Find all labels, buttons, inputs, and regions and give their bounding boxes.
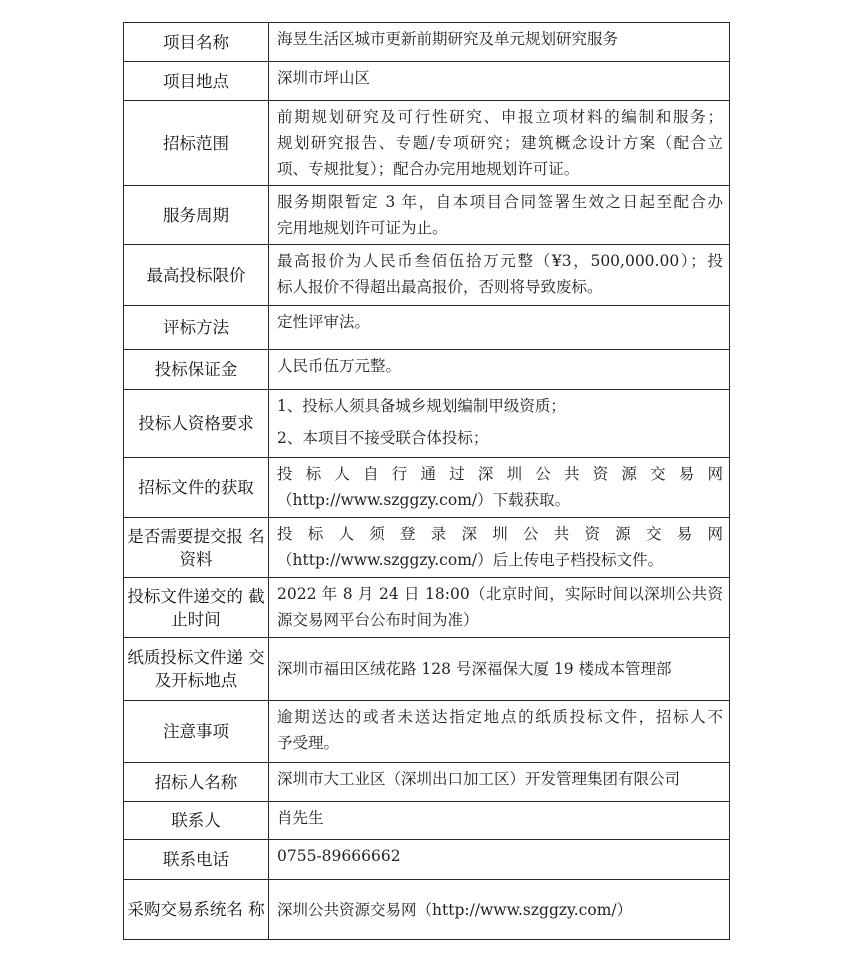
qualification-item-1: 1、投标人须具备城乡规划编制甲级资质； (277, 390, 723, 422)
value-contact-person: 肖先生 (269, 802, 730, 840)
label-tenderer-name: 招标人名称 (124, 763, 269, 802)
tender-info-table: 项目名称 海昱生活区城市更新前期研究及单元规划研究服务 项目地点 深圳市坪山区 … (123, 22, 730, 940)
row-contact-phone: 联系电话 0755-89666662 (124, 840, 730, 880)
label-tender-scope: 招标范围 (124, 101, 269, 186)
value-contact-phone: 0755-89666662 (269, 840, 730, 880)
value-bid-bond: 人民币伍万元整。 (269, 350, 730, 390)
system-label-line-1: 采购交易系统名 (127, 900, 243, 919)
row-evaluation-method: 评标方法 定性评审法。 (124, 306, 730, 350)
row-bidder-qualification: 投标人资格要求 1、投标人须具备城乡规划编制甲级资质； 2、本项目不接受联合体投… (124, 390, 730, 458)
value-project-name: 海昱生活区城市更新前期研究及单元规划研究服务 (269, 23, 730, 62)
row-project-location: 项目地点 深圳市坪山区 (124, 62, 730, 101)
period-line-1: 服务期限暂定 3 年，自本项目合同签署生效之日起至配合办 (277, 189, 723, 215)
label-contact-phone: 联系电话 (124, 840, 269, 880)
row-paper-submission-location: 纸质投标文件递 交及开标地点 深圳市福田区绒花路 128 号深福保大厦 19 楼… (124, 638, 730, 701)
scope-line-3: 项、专规批复）；配合办完用地规划许可证。 (277, 156, 723, 182)
registration-label-line-1: 是否需要提交报 (127, 527, 243, 546)
deadline-line-1: 2022 年 8 月 24 日 18:00（北京时间，实际时间以深圳公共资 (277, 581, 723, 607)
scope-line-2: 规划研究报告、专题/专项研究；建筑概念设计方案（配合立 (277, 130, 723, 156)
value-notes: 逾期送达的或者未送达指定地点的纸质投标文件，招标人不 予受理。 (269, 701, 730, 763)
location-label-line-1: 纸质投标文件递 (127, 648, 243, 667)
registration-line-2: （http://www.szggzy.com/）后上传电子档投标文件。 (277, 547, 723, 573)
acquisition-line-2: （http://www.szggzy.com/）下载获取。 (277, 487, 723, 513)
label-contact-person: 联系人 (124, 802, 269, 840)
value-max-bid-price: 最高报价为人民币叁佰伍拾万元整（¥3，500,000.00）；投 标人报价不得超… (269, 245, 730, 306)
registration-line-1: 投标人须登录深圳公共资源交易网 (277, 521, 723, 547)
label-service-period: 服务周期 (124, 186, 269, 245)
label-project-location: 项目地点 (124, 62, 269, 101)
value-tender-scope: 前期规划研究及可行性研究、申报立项材料的编制和服务； 规划研究报告、专题/专项研… (269, 101, 730, 186)
label-registration-submission: 是否需要提交报 名资料 (124, 518, 269, 578)
value-submission-deadline: 2022 年 8 月 24 日 18:00（北京时间，实际时间以深圳公共资 源交… (269, 578, 730, 638)
acquisition-line-1: 投标人自行通过深圳公共资源交易网 (277, 461, 723, 487)
row-trading-system-name: 采购交易系统名 称 深圳公共资源交易网（http://www.szggzy.co… (124, 880, 730, 940)
row-registration-submission: 是否需要提交报 名资料 投标人须登录深圳公共资源交易网 （http://www.… (124, 518, 730, 578)
label-trading-system-name: 采购交易系统名 称 (124, 880, 269, 940)
deadline-line-2: 源交易网平台公布时间为准） (277, 607, 723, 633)
label-submission-deadline: 投标文件递交的 截止时间 (124, 578, 269, 638)
label-max-bid-price: 最高投标限价 (124, 245, 269, 306)
row-tender-scope: 招标范围 前期规划研究及可行性研究、申报立项材料的编制和服务； 规划研究报告、专… (124, 101, 730, 186)
value-tenderer-name: 深圳市大工业区（深圳出口加工区）开发管理集团有限公司 (269, 763, 730, 802)
label-notes: 注意事项 (124, 701, 269, 763)
period-line-2: 完用地规划许可证为止。 (277, 215, 723, 241)
row-bid-bond: 投标保证金 人民币伍万元整。 (124, 350, 730, 390)
label-document-acquisition: 招标文件的获取 (124, 458, 269, 518)
row-document-acquisition: 招标文件的获取 投标人自行通过深圳公共资源交易网 （http://www.szg… (124, 458, 730, 518)
row-contact-person: 联系人 肖先生 (124, 802, 730, 840)
value-evaluation-method: 定性评审法。 (269, 306, 730, 350)
row-tenderer-name: 招标人名称 深圳市大工业区（深圳出口加工区）开发管理集团有限公司 (124, 763, 730, 802)
value-registration-submission: 投标人须登录深圳公共资源交易网 （http://www.szggzy.com/）… (269, 518, 730, 578)
value-bidder-qualification: 1、投标人须具备城乡规划编制甲级资质； 2、本项目不接受联合体投标； (269, 390, 730, 458)
row-service-period: 服务周期 服务期限暂定 3 年，自本项目合同签署生效之日起至配合办 完用地规划许… (124, 186, 730, 245)
price-line-1: 最高报价为人民币叁佰伍拾万元整（¥3，500,000.00）；投 (277, 248, 723, 274)
value-service-period: 服务期限暂定 3 年，自本项目合同签署生效之日起至配合办 完用地规划许可证为止。 (269, 186, 730, 245)
notes-line-2: 予受理。 (277, 730, 723, 756)
row-project-name: 项目名称 海昱生活区城市更新前期研究及单元规划研究服务 (124, 23, 730, 62)
row-max-bid-price: 最高投标限价 最高报价为人民币叁佰伍拾万元整（¥3，500,000.00）；投 … (124, 245, 730, 306)
label-project-name: 项目名称 (124, 23, 269, 62)
qualification-item-2: 2、本项目不接受联合体投标； (277, 422, 723, 454)
row-notes: 注意事项 逾期送达的或者未送达指定地点的纸质投标文件，招标人不 予受理。 (124, 701, 730, 763)
price-line-2: 标人报价不得超出最高报价，否则将导致废标。 (277, 274, 723, 300)
label-paper-submission-location: 纸质投标文件递 交及开标地点 (124, 638, 269, 701)
system-label-line-2: 称 (248, 900, 265, 919)
value-trading-system-name: 深圳公共资源交易网（http://www.szggzy.com/） (269, 880, 730, 940)
value-paper-submission-location: 深圳市福田区绒花路 128 号深福保大厦 19 楼成本管理部 (269, 638, 730, 701)
label-bidder-qualification: 投标人资格要求 (124, 390, 269, 458)
notes-line-1: 逾期送达的或者未送达指定地点的纸质投标文件，招标人不 (277, 704, 723, 730)
value-project-location: 深圳市坪山区 (269, 62, 730, 101)
label-evaluation-method: 评标方法 (124, 306, 269, 350)
row-submission-deadline: 投标文件递交的 截止时间 2022 年 8 月 24 日 18:00（北京时间，… (124, 578, 730, 638)
value-document-acquisition: 投标人自行通过深圳公共资源交易网 （http://www.szggzy.com/… (269, 458, 730, 518)
scope-line-1: 前期规划研究及可行性研究、申报立项材料的编制和服务； (277, 104, 723, 130)
label-bid-bond: 投标保证金 (124, 350, 269, 390)
deadline-label-line-1: 投标文件递交的 (127, 587, 243, 606)
